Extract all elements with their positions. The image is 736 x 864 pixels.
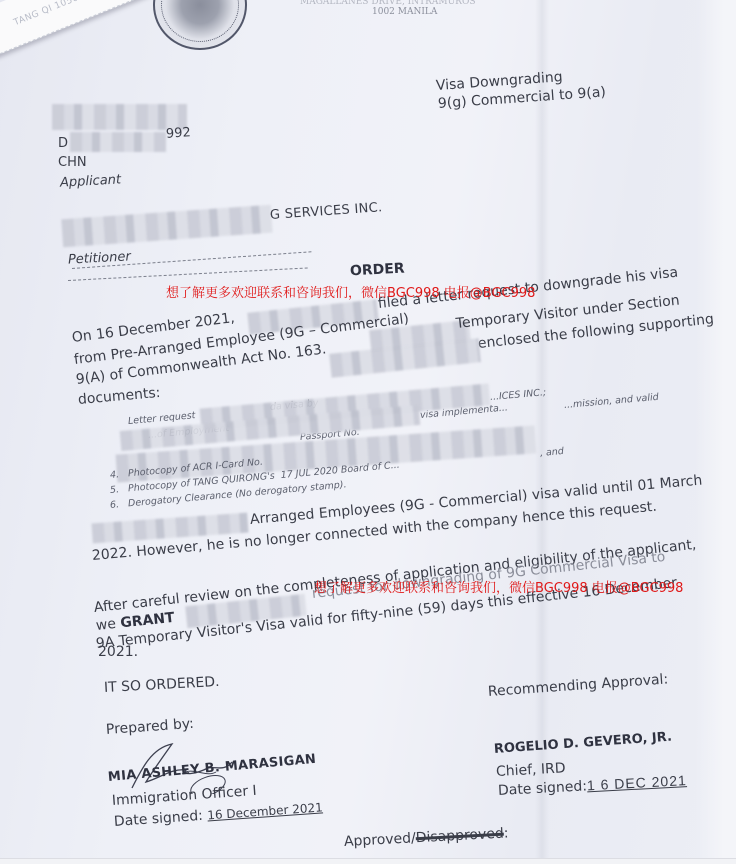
- letterhead-street: MAGALLANES DRIVE, INTRAMUROS: [300, 0, 476, 7]
- approved-label: Approved/Disapproved:: [344, 825, 509, 850]
- prepared-by-label: Prepared by:: [105, 716, 194, 738]
- petitioner-company: G SERVICES INC.: [269, 200, 382, 223]
- recommending-label: Recommending Approval:: [487, 671, 668, 700]
- applicant-label: Applicant: [60, 172, 122, 190]
- document-photo: TANG QI 10501 MAGALLANES DRIVE, INTRAMUR…: [0, 0, 736, 858]
- bureau-seal-icon: [153, 0, 247, 50]
- recommender-date-stamp: 1 6 DEC 2021: [587, 772, 688, 793]
- doc-item-2-end: ...mission, and valid: [564, 392, 660, 411]
- recommender-title: Chief, IRD: [496, 760, 566, 780]
- order-heading: ORDER: [350, 261, 405, 280]
- applicant-nationality: CHN: [58, 155, 87, 170]
- watermark-text-1: 想了解更多欢迎联系和咨询我们，微信BGC998 电报@BGC998: [166, 282, 535, 301]
- closing-statement: IT SO ORDERED.: [104, 674, 220, 696]
- image-bottom-edge: [0, 858, 736, 864]
- overlapping-paper-corner: TANG QI 10501: [0, 0, 162, 60]
- applicant-id-suffix: 992: [166, 125, 192, 142]
- applicant-id-prefix: D: [58, 136, 68, 151]
- doc-item-3-end: , and: [540, 446, 565, 459]
- paper-fold: [535, 0, 549, 858]
- redacted-applicant-id: [70, 132, 166, 152]
- recommender-name: ROGELIO D. GEVERO, JR.: [493, 730, 672, 757]
- para3-line4: 2021.: [98, 644, 138, 660]
- redacted-petitioner-name: [61, 205, 272, 248]
- letterhead-city: 1002 MANILA: [372, 7, 437, 17]
- disapproved-struck: Disapproved: [415, 826, 504, 847]
- preparer-date: 16 December 2021: [207, 800, 323, 822]
- watermark-text-2: 想了解更多欢迎联系和咨询我们，微信BGC998 电报@BGC998: [314, 577, 683, 596]
- paper-edge: [696, 0, 736, 858]
- separator-lower: [68, 267, 308, 281]
- para1-line4: documents:: [77, 385, 161, 408]
